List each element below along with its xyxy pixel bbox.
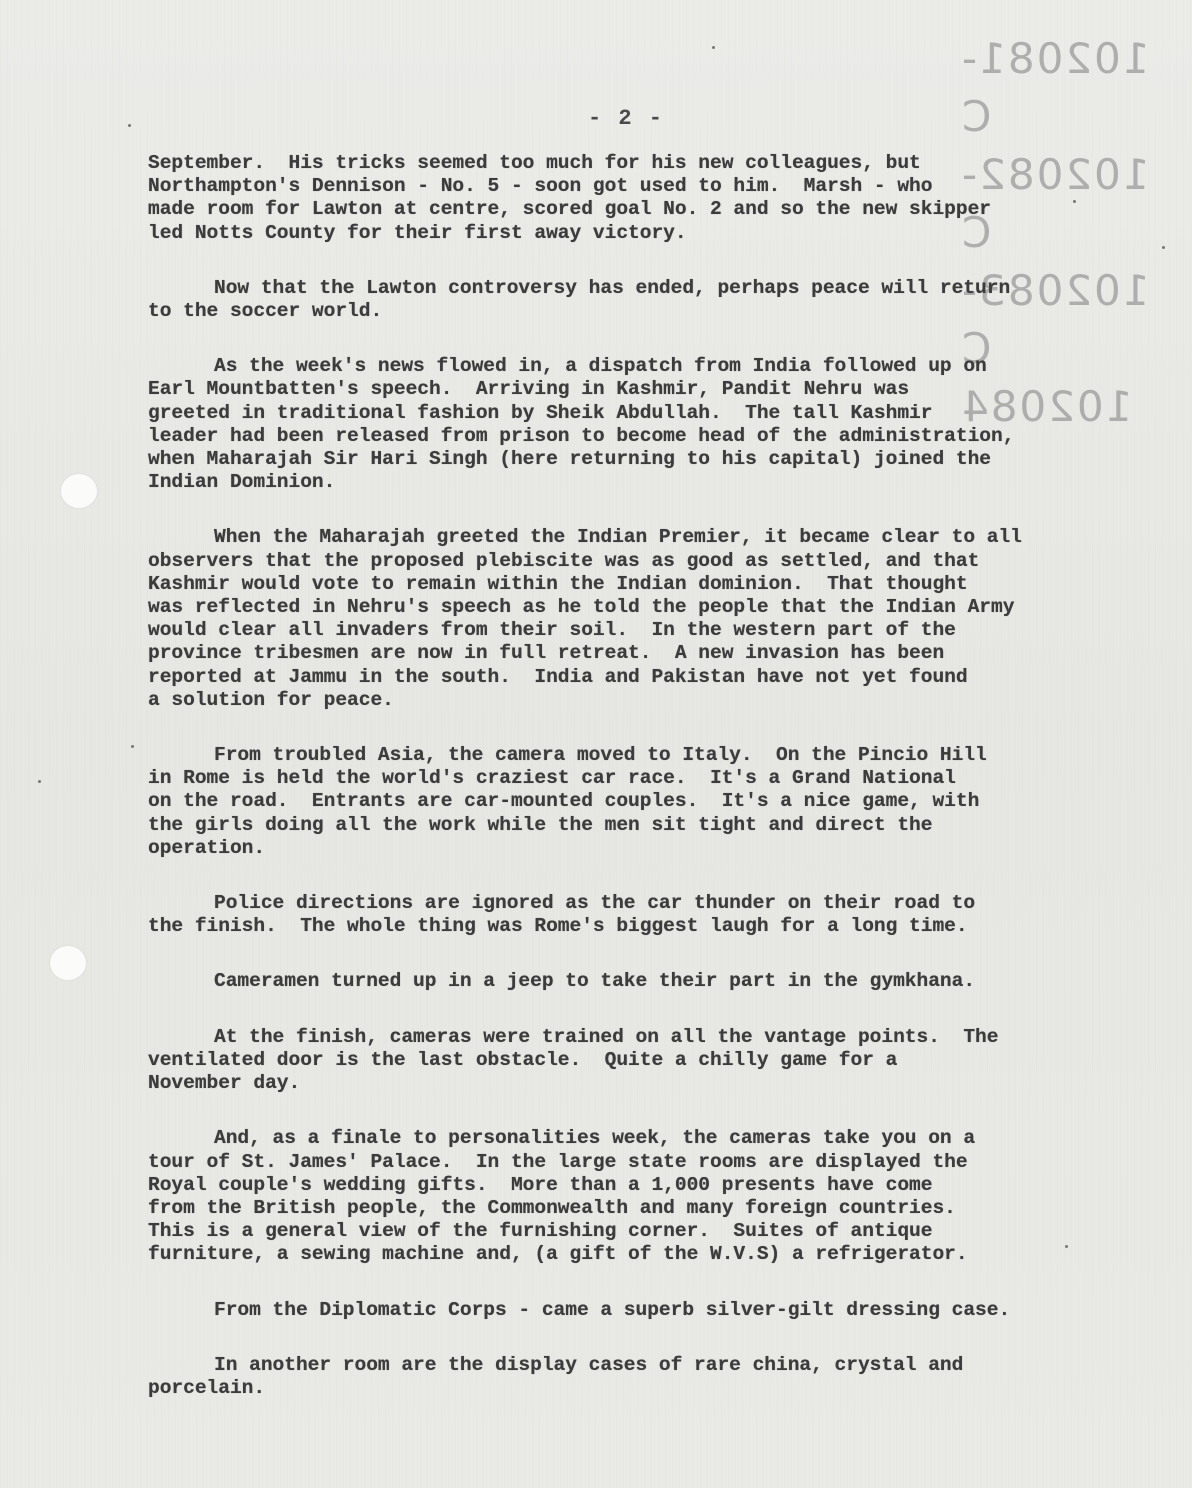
text-line: a solution for peace. [148,689,1078,712]
punch-hole-bottom [50,946,86,980]
text-line: in Rome is held the world's craziest car… [148,767,1078,790]
text-line: observers that the proposed plebiscite w… [148,550,1078,573]
text-line: tour of St. James' Palace. In the large … [148,1151,1078,1174]
paper-speck [131,745,134,748]
text-line: reported at Jammu in the south. India an… [148,666,1078,689]
text-line: operation. [148,837,1078,860]
text-line: Cameramen turned up in a jeep to take th… [148,970,1078,993]
paragraph: And, as a finale to personalities week, … [148,1127,1078,1266]
text-line: Northampton's Dennison - No. 5 - soon go… [148,175,1078,198]
paragraph: From troubled Asia, the camera moved to … [148,744,1078,860]
punch-hole-top [61,474,97,508]
text-line: greeted in traditional fashion by Sheik … [148,402,1078,425]
paragraph: As the week's news flowed in, a dispatch… [148,355,1078,494]
paper-speck [128,124,131,127]
text-line: As the week's news flowed in, a dispatch… [148,355,1078,378]
paper-speck [38,780,41,783]
text-line: from the British people, the Commonwealt… [148,1197,1078,1220]
text-line: leader had been released from prison to … [148,425,1078,448]
text-line: province tribesmen are now in full retre… [148,642,1078,665]
text-line: Royal couple's wedding gifts. More than … [148,1174,1078,1197]
text-line: Police directions are ignored as the car… [148,892,1078,915]
document-page: - 2 - 102081-C 102082-C 102083-C 102084 … [0,0,1192,1488]
typed-body-text: September. His tricks seemed too much fo… [148,152,1078,1432]
text-line: At the finish, cameras were trained on a… [148,1026,1078,1049]
paragraph: In another room are the display cases of… [148,1354,1078,1400]
text-line: November day. [148,1072,1078,1095]
page-number: - 2 - [588,106,664,131]
paragraph: Now that the Lawton controversy has ende… [148,277,1078,323]
paragraph: September. His tricks seemed too much fo… [148,152,1078,245]
paragraph: From the Diplomatic Corps - came a super… [148,1299,1078,1322]
text-line: led Notts County for their first away vi… [148,222,1078,245]
text-line: furniture, a sewing machine and, (a gift… [148,1243,1078,1266]
text-line: the finish. The whole thing was Rome's b… [148,915,1078,938]
text-line: And, as a finale to personalities week, … [148,1127,1078,1150]
margin-annotation: 102081-C [960,30,1180,146]
text-line: was reflected in Nehru's speech as he to… [148,596,1078,619]
text-line: Earl Mountbatten's speech. Arriving in K… [148,378,1078,401]
text-line: This is a general view of the furnishing… [148,1220,1078,1243]
text-line: ventilated door is the last obstacle. Qu… [148,1049,1078,1072]
text-line: When the Maharajah greeted the Indian Pr… [148,526,1078,549]
paragraph: At the finish, cameras were trained on a… [148,1026,1078,1096]
text-line: to the soccer world. [148,300,1078,323]
text-line: September. His tricks seemed too much fo… [148,152,1078,175]
text-line: when Maharajah Sir Hari Singh (here retu… [148,448,1078,471]
text-line: Indian Dominion. [148,471,1078,494]
text-line: porcelain. [148,1377,1078,1400]
text-line: Now that the Lawton controversy has ende… [148,277,1078,300]
text-line: From troubled Asia, the camera moved to … [148,744,1078,767]
text-line: would clear all invaders from their soil… [148,619,1078,642]
text-line: the girls doing all the work while the m… [148,814,1078,837]
paper-speck [712,46,715,49]
text-line: Kashmir would vote to remain within the … [148,573,1078,596]
paragraph: When the Maharajah greeted the Indian Pr… [148,526,1078,712]
text-line: In another room are the display cases of… [148,1354,1078,1377]
paragraph: Cameramen turned up in a jeep to take th… [148,970,1078,993]
paragraph: Police directions are ignored as the car… [148,892,1078,938]
text-line: on the road. Entrants are car-mounted co… [148,790,1078,813]
text-line: made room for Lawton at centre, scored g… [148,198,1078,221]
text-line: From the Diplomatic Corps - came a super… [148,1299,1078,1322]
